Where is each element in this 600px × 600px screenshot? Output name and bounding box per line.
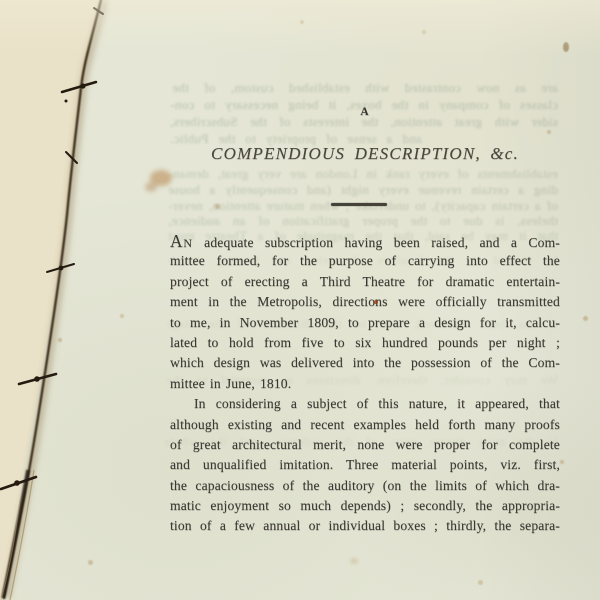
- paragraph-lead-word: An: [170, 231, 193, 251]
- text-line: mittee in June, 1810.: [170, 374, 560, 394]
- text-line: ment in the Metropolis, directions were …: [170, 292, 560, 312]
- text-line: although existing and recent examples he…: [170, 415, 560, 435]
- text-line: mittee formed, for the purpose of carryi…: [170, 251, 560, 271]
- text-line: An adequate subscription having been rai…: [170, 231, 560, 251]
- text-line: matic enjoyment so much depends) ; secon…: [170, 496, 560, 516]
- show-through-line: establishments of every rank in London a…: [168, 166, 558, 181]
- chapter-title: COMPENDIOUS DESCRIPTION, &c.: [170, 144, 560, 164]
- text-line: of great architectural merit, none were …: [170, 435, 560, 455]
- signature-mark: A: [170, 106, 560, 118]
- body-text: An adequate subscription having been rai…: [170, 231, 560, 537]
- text-line-rest: adequate subscription having been raised…: [204, 235, 560, 250]
- text-line: which design was delivered into the poss…: [170, 353, 560, 373]
- text-line: to me, in November 1809, to prepare a de…: [170, 313, 560, 333]
- show-through-line: ding a certain revenue every night (and …: [168, 182, 558, 197]
- show-through-line: theless, is due to the proper gratificat…: [168, 213, 558, 228]
- text-line: lated to hold from five to six hundred p…: [170, 333, 560, 353]
- text-line: the capaciousness of the auditory (on th…: [170, 476, 560, 496]
- text-line: and unqualified imitation. Three materia…: [170, 455, 560, 475]
- divider-rule: [331, 203, 387, 206]
- show-through-line: are as now contrasted with established c…: [172, 80, 558, 95]
- text-line: project of erecting a Third Theatre for …: [170, 272, 560, 292]
- show-through-line: of a certain capacity), to undertake ; w…: [168, 198, 558, 213]
- book-page-photo: are as now contrasted with established c…: [0, 0, 600, 600]
- text-line: tion of a few annual or individual boxes…: [170, 516, 560, 536]
- text-line: In considering a subject of this nature,…: [170, 394, 560, 414]
